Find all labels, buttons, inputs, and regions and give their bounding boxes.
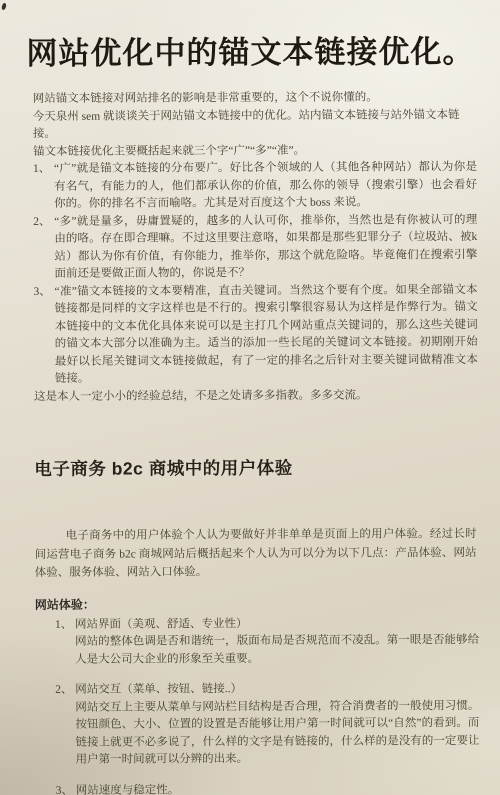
list-item-title: 网站界面（美观、舒适、专业性）	[75, 616, 248, 634]
list-item-number: 1、	[33, 161, 54, 214]
list-item-text: “广”就是锚文本链接的分布要广。好比各个领域的人（其他各种网站）都认为你是有名气…	[54, 159, 477, 213]
list-item-number: 2、	[55, 682, 75, 700]
article1-intro-line: 今天泉州 sem 就谈谈关于网站锚文本链接中的优化。站内锚文本链接与站外锚文本链…	[33, 107, 477, 144]
article1-closing-line: 这是本人一定小小的经验总结，不是之处请多多指教。多多交流。	[34, 387, 478, 406]
list-item: 3、 网站速度与稳定性。	[56, 781, 480, 795]
list-item: 1、 网站界面（美观、舒适、专业性） 网站的整体色调是否和谐统一，版面布局是否规…	[55, 615, 479, 669]
list-item-number: 2、	[33, 213, 54, 283]
list-item-body: 网站的整体色调是否和谐统一，版面布局是否规范而不凌乱。第一眼是否能够给人是大公司…	[75, 632, 479, 669]
document-photo-page: 网站优化中的锚文本链接优化。 网站锚文本链接对网站排名的影响是非常重要的，这个不…	[0, 0, 500, 795]
article2-section-label: 网站体验：	[35, 595, 479, 614]
article1-intro-line: 锚文本链接优化主要概括起来就三个字“广”“多”“准”。	[33, 142, 477, 161]
list-item: 2、 “多”就是量多，毋庸置疑的，越多的人认可你，推举你，当然也是有你被认可的理…	[33, 212, 477, 284]
list-item: 1、 “广”就是锚文本链接的分布要广。好比各个领域的人（其他各种网站）都认为你是…	[33, 159, 477, 213]
list-item-text: “准”锚文本链接的文本要精准，直击关键词。当然这个要有个度。如果全部锚文本链接都…	[55, 282, 478, 389]
list-item-title: 网站交互（菜单、按钮、链接..）	[75, 681, 242, 699]
list-item-title: 网站速度与稳定性。	[76, 782, 180, 795]
article1-intro-line: 网站锚文本链接对网站排名的影响是非常重要的，这个不说你懂的。	[33, 89, 477, 108]
article1-intro: 网站锚文本链接对网站排名的影响是非常重要的，这个不说你懂的。 今天泉州 sem …	[33, 89, 477, 161]
article-b2c-user-experience: 电子商务 b2c 商城中的用户体验 电子商务中的用户体验个人认为要做好并非单单是…	[34, 456, 479, 795]
article-anchor-text-optimization: 网站优化中的锚文本链接优化。 网站锚文本链接对网站排名的影响是非常重要的，这个不…	[32, 31, 478, 406]
list-item: 2、 网站交互（菜单、按钮、链接..） 网站交互上主要从菜单与网站栏目结构是否合…	[55, 680, 479, 769]
list-item-heading-row: 3、 网站速度与稳定性。	[56, 781, 480, 795]
article1-numbered-list: 1、 “广”就是锚文本链接的分布要广。好比各个领域的人（其他各种网站）都认为你是…	[33, 159, 478, 388]
article2-numbered-list: 1、 网站界面（美观、舒适、专业性） 网站的整体色调是否和谐统一，版面布局是否规…	[55, 615, 480, 795]
list-item-heading-row: 1、 网站界面（美观、舒适、专业性）	[55, 615, 479, 634]
list-item: 3、 “准”锚文本链接的文本要精准，直击关键词。当然这个要有个度。如果全部锚文本…	[34, 282, 478, 389]
list-item-text: “多”就是量多，毋庸置疑的，越多的人认可你，推举你，当然也是有你被认可的理由的咯…	[54, 212, 477, 284]
list-item-number: 3、	[34, 283, 55, 388]
article1-title: 网站优化中的锚文本链接优化。	[24, 31, 476, 75]
article2-intro-paragraph: 电子商务中的用户体验个人认为要做好并非单单是页面上的用户体验。经过长时间运营电子…	[35, 525, 477, 582]
page-content: 网站优化中的锚文本链接优化。 网站锚文本链接对网站排名的影响是非常重要的，这个不…	[0, 0, 500, 795]
list-item-number: 1、	[55, 616, 75, 634]
list-item-number: 3、	[56, 782, 76, 795]
article2-title: 电子商务 b2c 商城中的用户体验	[34, 456, 478, 480]
list-item-heading-row: 2、 网站交互（菜单、按钮、链接..）	[55, 680, 479, 699]
list-item-body: 网站交互上主要从菜单与网站栏目结构是否合理，符合消费者的一般使用习惯。按钮颜色、…	[75, 698, 479, 770]
